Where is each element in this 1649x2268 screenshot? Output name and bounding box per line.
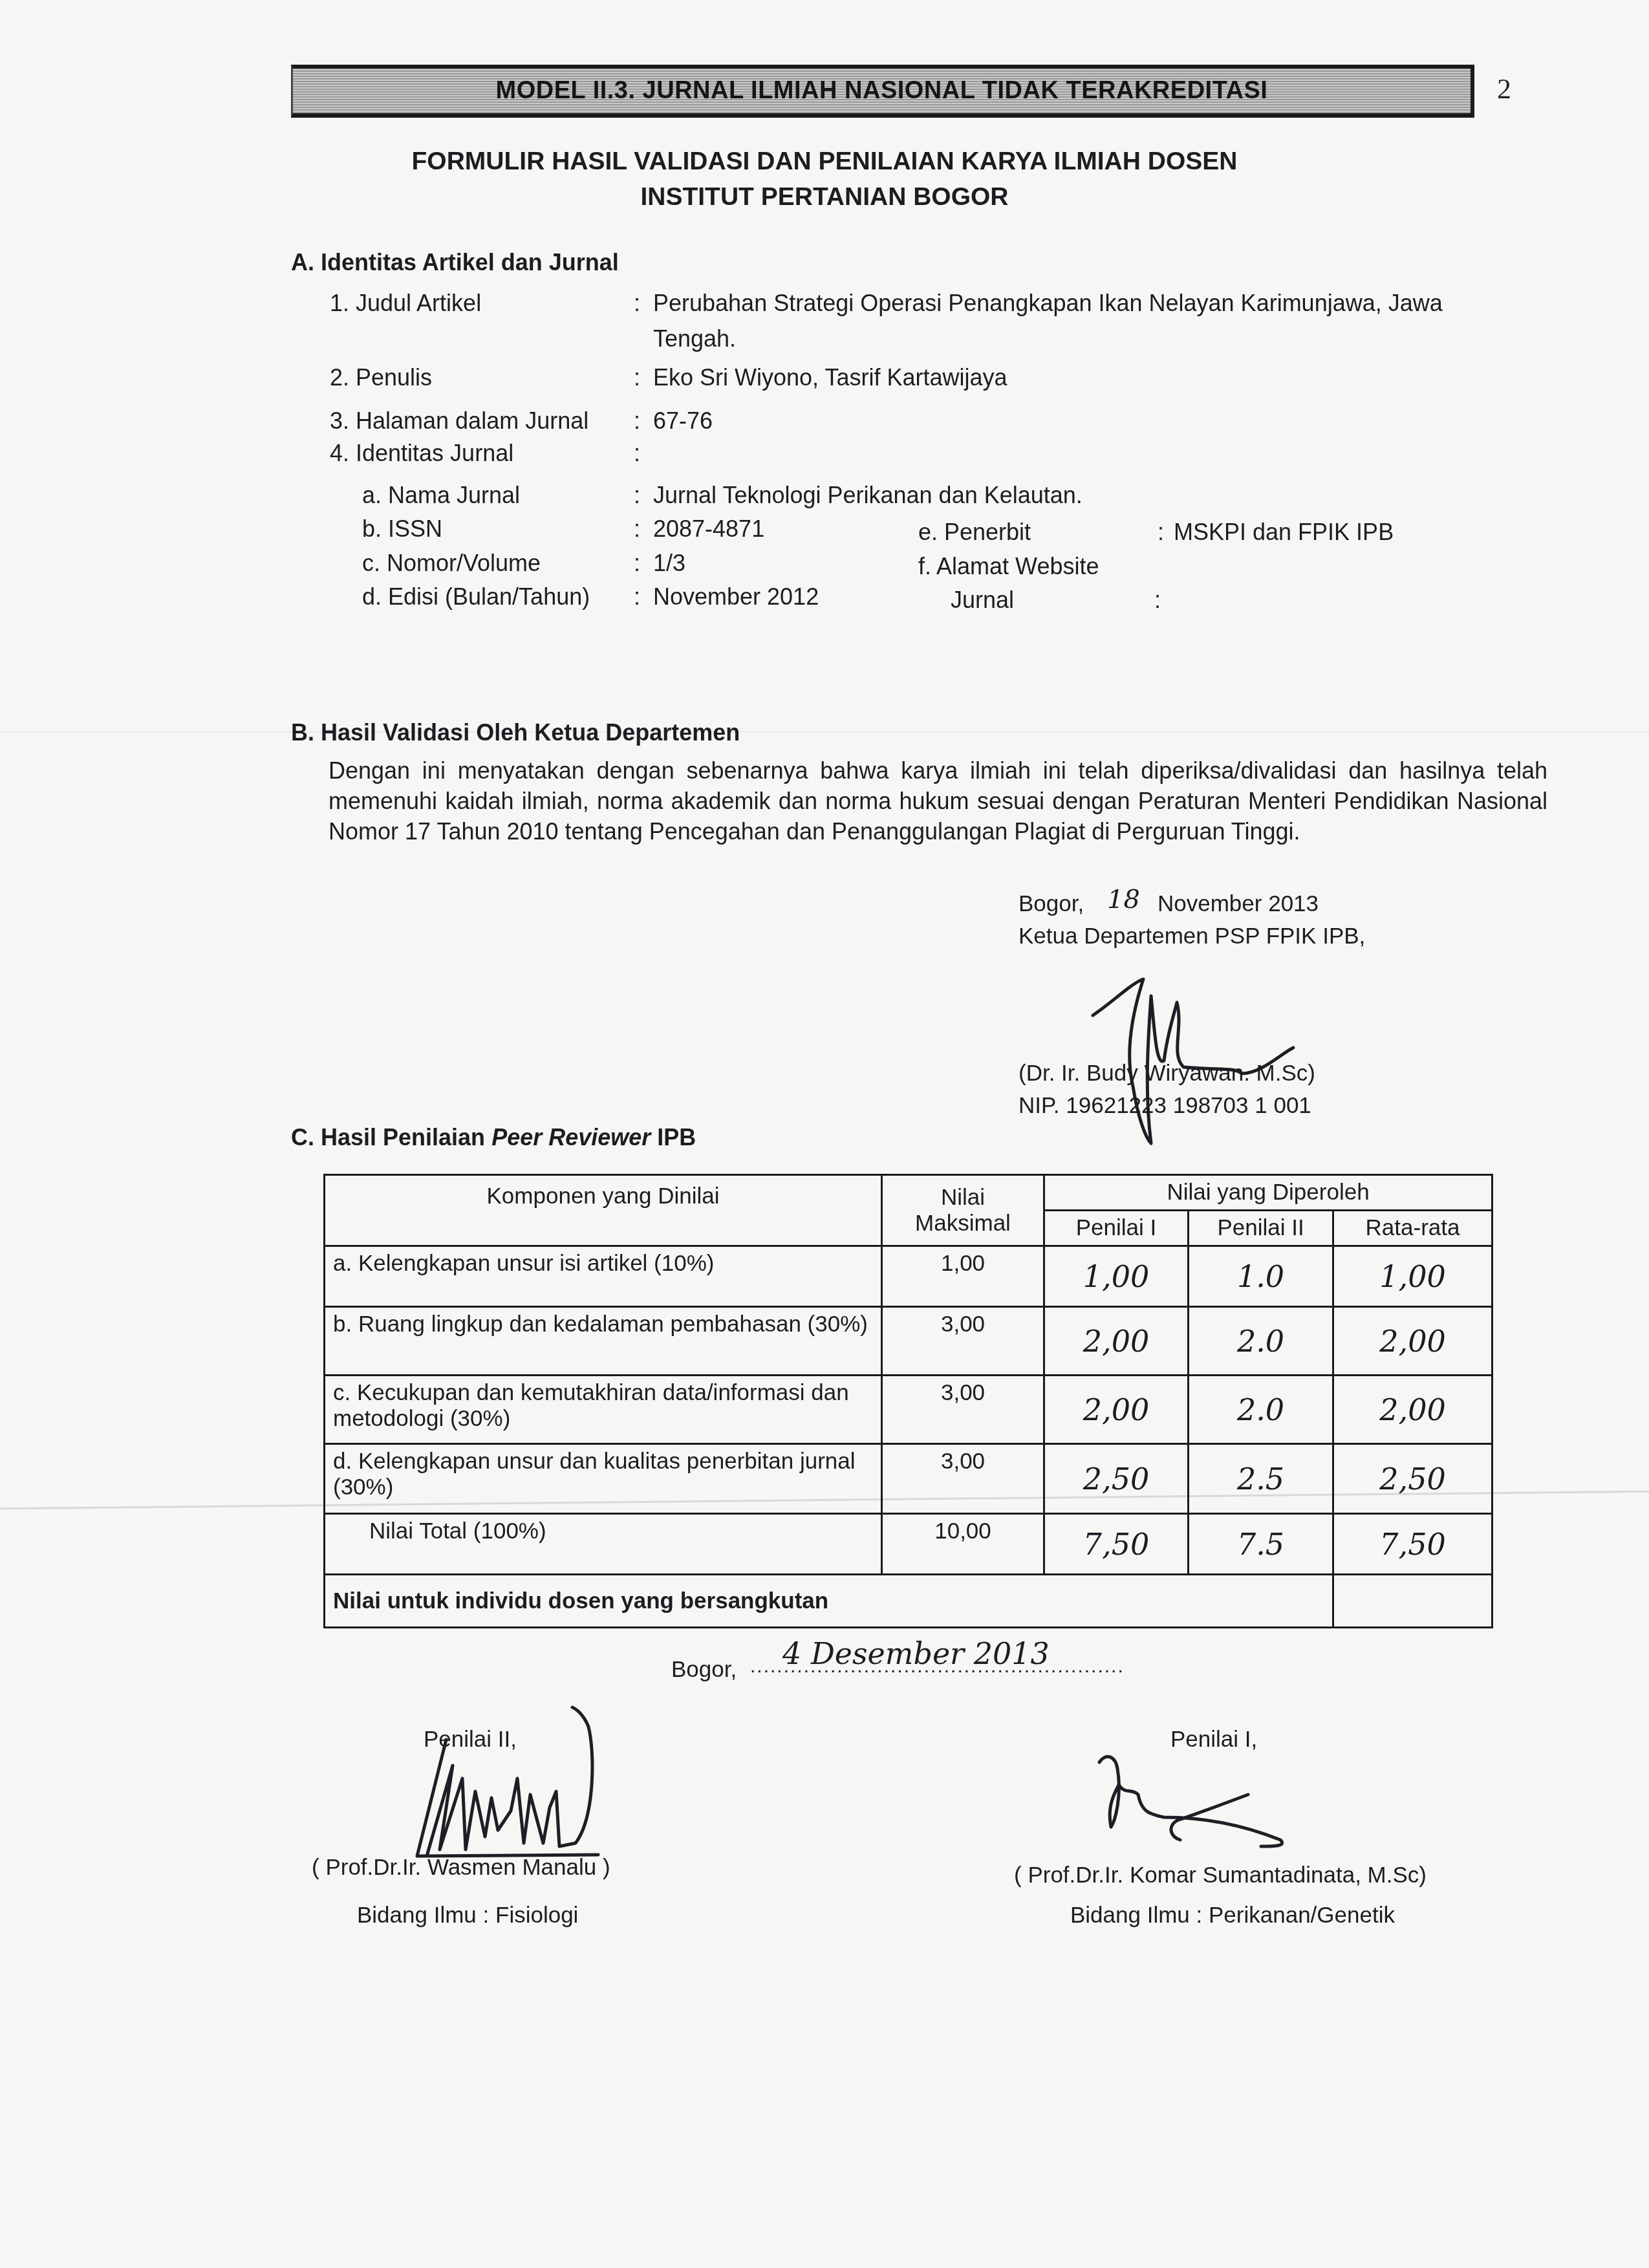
row-penilai1-score: 2,00 [1044,1307,1189,1376]
header-penilai2: Penilai II [1189,1211,1333,1246]
colon: : [1154,587,1161,614]
form-title: FORMULIR HASIL VALIDASI DAN PENILAIAN KA… [0,147,1649,176]
judul-artikel-value-cont: Tengah. [653,325,736,352]
item-label: 1. Judul Artikel [330,290,481,317]
row-rata-rata-score: 2,50 [1333,1444,1493,1514]
row-komponen: b. Ruang lingkup dan kedalaman pembahasa… [325,1307,882,1376]
section-c-heading-italic: Peer Reviewer [491,1124,651,1150]
penulis-value: Eko Sri Wiyono, Tasrif Kartawijaya [653,364,1008,391]
table-row: b. Ruang lingkup dan kedalaman pembahasa… [325,1307,1493,1376]
edisi-value: November 2012 [653,583,819,610]
halaman-value: 67-76 [653,407,713,435]
colon: : [634,482,640,509]
model-label: MODEL II.3. JURNAL ILMIAH NASIONAL TIDAK… [496,77,1268,105]
penilai1-signature [1093,1749,1300,1853]
validation-date: November 2013 [1158,891,1319,917]
paper-crease [0,731,1649,733]
ketua-position: Ketua Departemen PSP FPIK IPB, [1018,923,1365,949]
total-label: Nilai Total (100%) [325,1514,882,1575]
penilai1-name: ( Prof.Dr.Ir. Komar Sumantadinata, M.Sc) [1014,1863,1427,1888]
colon: : [634,550,640,577]
section-c-heading-prefix: C. Hasil Penilaian [291,1124,491,1150]
row-penilai1-score: 2,00 [1044,1376,1189,1444]
row-rata-rata-score: 2,00 [1333,1376,1493,1444]
total-nilai-maksimal: 10,00 [882,1514,1044,1575]
table-row: c. Kecukupan dan kemutakhiran data/infor… [325,1376,1493,1444]
institution-title: INSTITUT PERTANIAN BOGOR [0,183,1649,211]
table-row-total: Nilai Total (100%) 10,00 7,50 7.5 7,50 [325,1514,1493,1575]
row-penilai2-score: 1.0 [1189,1246,1333,1307]
validation-place: Bogor, [1018,891,1084,917]
row-nilai-maksimal: 1,00 [882,1246,1044,1307]
penilai1-role: Penilai I, [1170,1727,1257,1753]
colon: : [634,290,640,317]
row-komponen: d. Kelengkapan unsur dan kualitas penerb… [325,1444,882,1514]
individu-value [1333,1575,1493,1628]
header-nilai-maksimal: Nilai Maksimal [882,1175,1044,1246]
row-penilai2-score: 2.5 [1189,1444,1333,1514]
table-row: d. Kelengkapan unsur dan kualitas penerb… [325,1444,1493,1514]
validation-statement: Dengan ini menyatakan dengan sebenarnya … [329,755,1547,847]
ketua-name: (Dr. Ir. Budy Wiryawan. M.Sc) [1018,1061,1315,1086]
website-label: f. Alamat Website [918,553,1099,580]
nama-jurnal-value: Jurnal Teknologi Perikanan dan Kelautan. [653,482,1083,509]
row-penilai1-score: 1,00 [1044,1246,1189,1307]
edisi-label: d. Edisi (Bulan/Tahun) [362,583,590,610]
nomor-value: 1/3 [653,550,685,577]
row-nilai-maksimal: 3,00 [882,1376,1044,1444]
issn-value: 2087-4871 [653,515,764,543]
nama-jurnal-label: a. Nama Jurnal [362,482,520,509]
assessment-place: Bogor, [671,1657,737,1683]
penerbit-label: e. Penerbit [918,519,1031,546]
ketua-nip: NIP. 19621223 198703 1 001 [1018,1093,1311,1119]
penilai1-field: Bidang Ilmu : Perikanan/Genetik [1070,1903,1395,1928]
section-c-heading: C. Hasil Penilaian Peer Reviewer IPB [291,1124,696,1151]
judul-artikel-value: Perubahan Strategi Operasi Penangkapan I… [653,290,1443,317]
header-penilai1: Penilai I [1044,1211,1189,1246]
section-a-heading: A. Identitas Artikel dan Jurnal [291,249,619,276]
model-header-bar: MODEL II.3. JURNAL ILMIAH NASIONAL TIDAK… [291,65,1474,118]
table-row-individu: Nilai untuk individu dosen yang bersangk… [325,1575,1493,1628]
colon: : [634,440,640,467]
penerbit-value: MSKPI dan FPIK IPB [1174,519,1394,546]
row-rata-rata-score: 2,00 [1333,1307,1493,1376]
website-label-cont: Jurnal [951,587,1014,614]
penilai2-signature [414,1701,608,1863]
row-nilai-maksimal: 3,00 [882,1444,1044,1514]
handwritten-assessment-date: 4 Desember 2013 [782,1636,1050,1671]
individu-label: Nilai untuk individu dosen yang bersangk… [325,1575,1333,1628]
row-nilai-maksimal: 3,00 [882,1307,1044,1376]
header-maksimal-label: Maksimal [915,1211,1011,1236]
page-number: 2 [1497,72,1511,105]
row-komponen: c. Kecukupan dan kemutakhiran data/infor… [325,1376,882,1444]
section-b-heading: B. Hasil Validasi Oleh Ketua Departemen [291,719,740,746]
item-label: 4. Identitas Jurnal [330,440,513,467]
penilai2-name: ( Prof.Dr.Ir. Wasmen Manalu ) [312,1855,610,1881]
row-penilai2-score: 2.0 [1189,1307,1333,1376]
colon: : [634,583,640,610]
header-rata-rata: Rata-rata [1333,1211,1493,1246]
nomor-label: c. Nomor/Volume [362,550,541,577]
row-komponen: a. Kelengkapan unsur isi artikel (10%) [325,1246,882,1307]
header-komponen: Komponen yang Dinilai [325,1175,882,1246]
colon: : [634,515,640,543]
row-penilai1-score: 2,50 [1044,1444,1189,1514]
item-label: 2. Penulis [330,364,432,391]
row-penilai2-score: 2.0 [1189,1376,1333,1444]
row-rata-rata-score: 1,00 [1333,1246,1493,1307]
issn-label: b. ISSN [362,515,442,543]
header-nilai-diperoleh: Nilai yang Diperoleh [1044,1175,1493,1211]
header-nilai-label: Nilai [941,1185,985,1210]
item-label: 3. Halaman dalam Jurnal [330,407,588,435]
total-rata-rata-score: 7,50 [1333,1514,1493,1575]
section-c-heading-suffix: IPB [651,1124,696,1150]
colon: : [1158,519,1164,546]
colon: : [634,407,640,435]
peer-review-table: Komponen yang Dinilai Nilai Maksimal Nil… [323,1174,1493,1628]
total-penilai2-score: 7.5 [1189,1514,1333,1575]
total-penilai1-score: 7,50 [1044,1514,1189,1575]
handwritten-day: 18 [1107,885,1140,914]
colon: : [634,364,640,391]
penilai2-field: Bidang Ilmu : Fisiologi [357,1903,578,1928]
table-row: a. Kelengkapan unsur isi artikel (10%) 1… [325,1246,1493,1307]
